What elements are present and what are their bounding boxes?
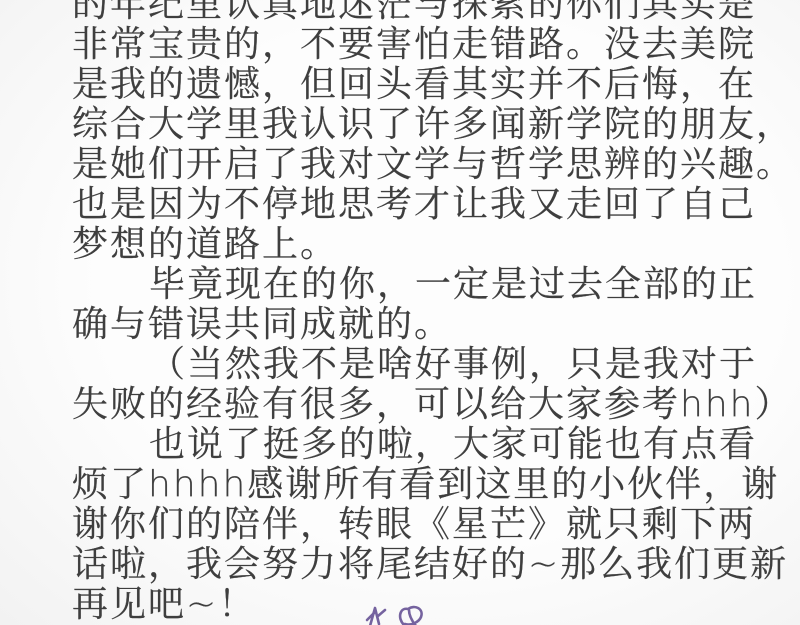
comic-afterword-page: 的年纪里认真地迷茫与探索的你们其实是 非常宝贵的，不要害怕走错路。没去美院 是我… bbox=[0, 0, 800, 625]
purple-flower-doodle bbox=[358, 601, 438, 625]
text-line: 也是因为不停地思考才让我又走回了自己 bbox=[72, 185, 784, 225]
text-line: 谢你们的陪伴，转眼《星芒》就只剩下两 bbox=[72, 505, 784, 545]
text-line: 毕竟现在的你，一定是过去全部的正 bbox=[72, 265, 784, 305]
text-line: 确与错误共同成就的。 bbox=[72, 305, 784, 345]
text-line: 非常宝贵的，不要害怕走错路。没去美院 bbox=[72, 25, 784, 65]
text-line: 话啦，我会努力将尾结好的~那么我们更新 bbox=[72, 545, 784, 585]
text-line: 梦想的道路上。 bbox=[72, 225, 784, 265]
text-line: 的年纪里认真地迷茫与探索的你们其实是 bbox=[72, 0, 784, 25]
afterword-text: 的年纪里认真地迷茫与探索的你们其实是 非常宝贵的，不要害怕走错路。没去美院 是我… bbox=[72, 0, 784, 625]
text-line: 也说了挺多的啦，大家可能也有点看 bbox=[72, 425, 784, 465]
text-line: 是我的遗憾，但回头看其实并不后悔，在 bbox=[72, 65, 784, 105]
text-line: （当然我不是啥好事例，只是我对于 bbox=[72, 345, 784, 385]
text-line: 烦了hhhh感谢所有看到这里的小伙伴，谢 bbox=[72, 465, 784, 505]
text-line: 是她们开启了我对文学与哲学思辨的兴趣。 bbox=[72, 145, 784, 185]
text-line: 失败的经验有很多，可以给大家参考hhh） bbox=[72, 385, 784, 425]
text-line: 综合大学里我认识了许多闻新学院的朋友， bbox=[72, 105, 784, 145]
